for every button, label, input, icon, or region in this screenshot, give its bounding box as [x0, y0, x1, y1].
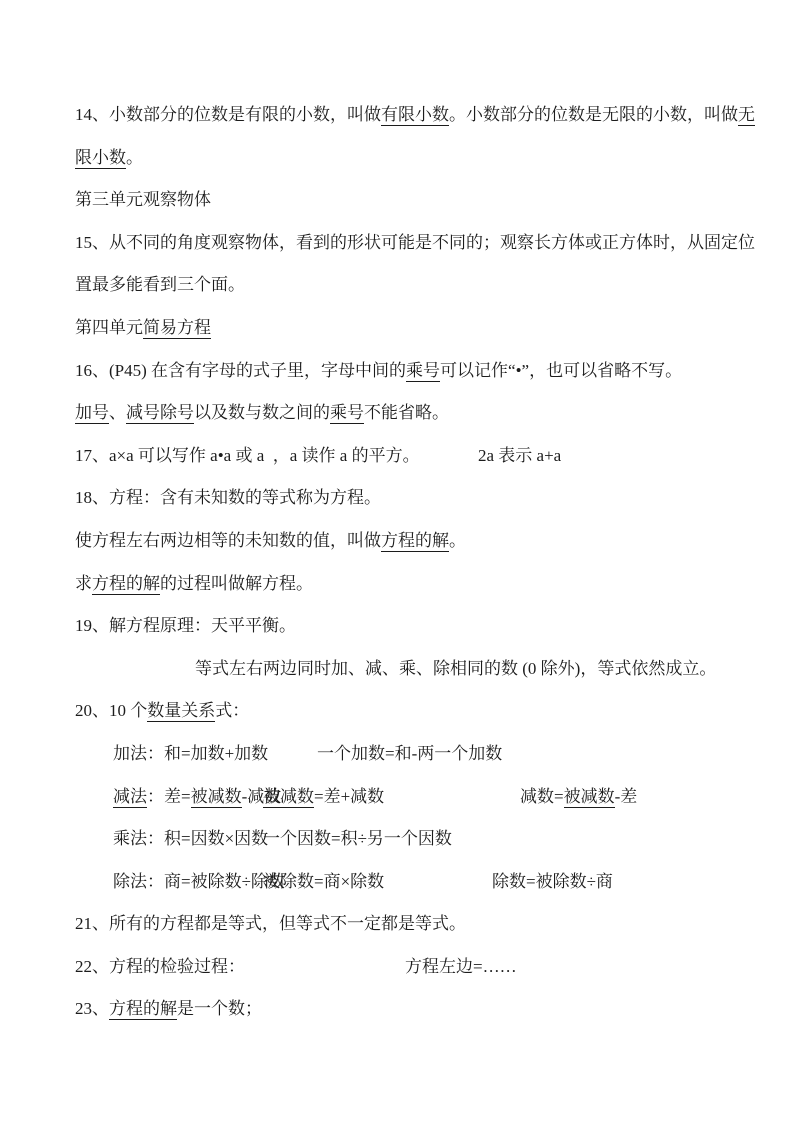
underlined-term: 方程的解	[109, 999, 177, 1020]
text-segment: 2a 表示 a+a	[478, 435, 561, 478]
heading-text: 第三单元观察物体	[75, 190, 211, 209]
text-segment: 可以记作“•”，也可以省略不写。	[440, 361, 682, 380]
text-segment: 。	[126, 148, 143, 167]
text-segment: 方程左边=……	[405, 946, 517, 989]
text-segment: 。小数部分的位数是无限的小数，叫做	[449, 105, 738, 124]
formula-text: 加法：和=加数+加数	[113, 744, 268, 763]
underlined-term: 被减数	[263, 787, 314, 808]
formula-division: 除法：商=被除数÷除数被除数=商×除数除数=被除数÷商	[0, 861, 793, 904]
underlined-term: 限小数	[75, 148, 126, 169]
text-segment: 。	[449, 531, 466, 550]
formula-addition: 加法：和=加数+加数一个加数=和-两一个加数	[0, 733, 793, 776]
text-segment: 式：	[215, 701, 249, 720]
heading-text: 第四单元	[75, 318, 143, 337]
formula-group: 减数=被减数-差	[520, 776, 637, 819]
text-segment: 使方程左右两边相等的未知数的值，叫做	[75, 531, 381, 550]
underlined-term: 被减数	[191, 787, 242, 808]
text-segment: 19、解方程原理：天平平衡。	[75, 616, 296, 635]
item-19-line-2: 等式左右两边同时加、减、乘、除相同的数 (0 除外)，等式依然成立。	[0, 648, 793, 691]
underlined-term: 方程的解	[92, 574, 160, 595]
formula-text: 乘法：积=因数×因数	[113, 829, 268, 848]
underlined-term: 简易方程	[143, 318, 211, 339]
item-16-line-1: 16、(P45) 在含有字母的式子里，字母中间的乘号可以记作“•”，也可以省略不…	[0, 350, 793, 393]
text-segment: 22、方程的检验过程：	[75, 957, 245, 976]
text-segment: 20、10 个	[75, 701, 147, 720]
formula-text: -差	[615, 787, 638, 806]
text-segment: 16、(P45) 在含有字母的式子里，字母中间的	[75, 361, 406, 380]
item-21: 21、所有的方程都是等式，但等式不一定都是等式。	[0, 903, 793, 946]
item-15-line-2: 置最多能看到三个面。	[0, 264, 793, 307]
text-segment: 以及数与数之间的	[194, 403, 330, 422]
formula-text: 一个因数=积÷另一个因数	[263, 818, 452, 861]
underlined-term: 被减数	[564, 787, 615, 808]
item-23: 23、方程的解是一个数；	[0, 988, 793, 1031]
formula-text: 减数=	[520, 787, 564, 806]
formula-text: 除法：商=被除数÷除数	[113, 872, 285, 891]
formula-text: =差+减数	[314, 787, 384, 806]
underlined-term: 减法	[113, 787, 147, 808]
underlined-term: 减号除号	[126, 403, 194, 424]
item-18-line-2: 使方程左右两边相等的未知数的值，叫做方程的解。	[0, 520, 793, 563]
item-19-line-1: 19、解方程原理：天平平衡。	[0, 605, 793, 648]
formula-subtraction: 减法：差=被减数-减数被减数=差+减数减数=被减数-差	[0, 776, 793, 819]
item-17: 17、a×a 可以写作 a•a 或 a ，a 读作 a 的平方。2a 表示 a+…	[0, 435, 793, 478]
text-segment: 21、所有的方程都是等式，但等式不一定都是等式。	[75, 914, 466, 933]
text-segment: 是一个数；	[177, 999, 262, 1018]
text-segment: 等式左右两边同时加、减、乘、除相同的数 (0 除外)，等式依然成立。	[195, 659, 716, 678]
formula-text: 一个加数=和-两一个加数	[317, 733, 502, 776]
text-segment: 14、小数部分的位数是有限的小数，叫做	[75, 105, 381, 124]
item-16-line-2: 加号、减号除号以及数与数之间的乘号不能省略。	[0, 392, 793, 435]
text-segment: 17、a×a 可以写作 a•a 或 a ，a 读作 a 的平方。	[75, 446, 420, 465]
item-20-heading: 20、10 个数量关系式：	[0, 690, 793, 733]
unit-3-heading: 第三单元观察物体	[0, 179, 793, 222]
unit-4-heading: 第四单元简易方程	[0, 307, 793, 350]
formula-text: 被除数=商×除数	[263, 861, 384, 904]
text-segment: 18、方程：含有未知数的等式称为方程。	[75, 488, 381, 507]
text-segment: 不能省略。	[364, 403, 449, 422]
item-14-line-2: 限小数。	[0, 137, 793, 180]
item-14-line-1: 14、小数部分的位数是有限的小数，叫做有限小数。小数部分的位数是无限的小数，叫做…	[0, 94, 793, 137]
underlined-term: 数量关系	[147, 701, 215, 722]
text-segment: 23、	[75, 999, 109, 1018]
formula-text: ：差=	[147, 787, 191, 806]
text-segment: 置最多能看到三个面。	[75, 275, 245, 294]
item-22: 22、方程的检验过程：方程左边=……	[0, 946, 793, 989]
underlined-term: 无	[738, 105, 755, 126]
underlined-term: 方程的解	[381, 531, 449, 552]
underlined-term: 乘号	[406, 361, 440, 382]
item-18-line-1: 18、方程：含有未知数的等式称为方程。	[0, 477, 793, 520]
underlined-term: 有限小数	[381, 105, 449, 126]
item-15-line-1: 15、从不同的角度观察物体，看到的形状可能是不同的；观察长方体或正方体时，从固定…	[0, 222, 793, 265]
document-content: 14、小数部分的位数是有限的小数，叫做有限小数。小数部分的位数是无限的小数，叫做…	[0, 94, 793, 1031]
formula-group: 被减数=差+减数	[263, 776, 384, 819]
text-segment: 的过程叫做解方程。	[160, 574, 313, 593]
document-page: 14、小数部分的位数是有限的小数，叫做有限小数。小数部分的位数是无限的小数，叫做…	[0, 0, 793, 1122]
text-segment: 求	[75, 574, 92, 593]
text-segment: 、	[109, 403, 126, 422]
formula-text: 除数=被除数÷商	[492, 861, 613, 904]
formula-multiplication: 乘法：积=因数×因数一个因数=积÷另一个因数	[0, 818, 793, 861]
text-segment: 15、从不同的角度观察物体，看到的形状可能是不同的；观察长方体或正方体时，从固定…	[75, 233, 755, 252]
underlined-term: 乘号	[330, 403, 364, 424]
underlined-term: 加号	[75, 403, 109, 424]
item-18-line-3: 求方程的解的过程叫做解方程。	[0, 563, 793, 606]
